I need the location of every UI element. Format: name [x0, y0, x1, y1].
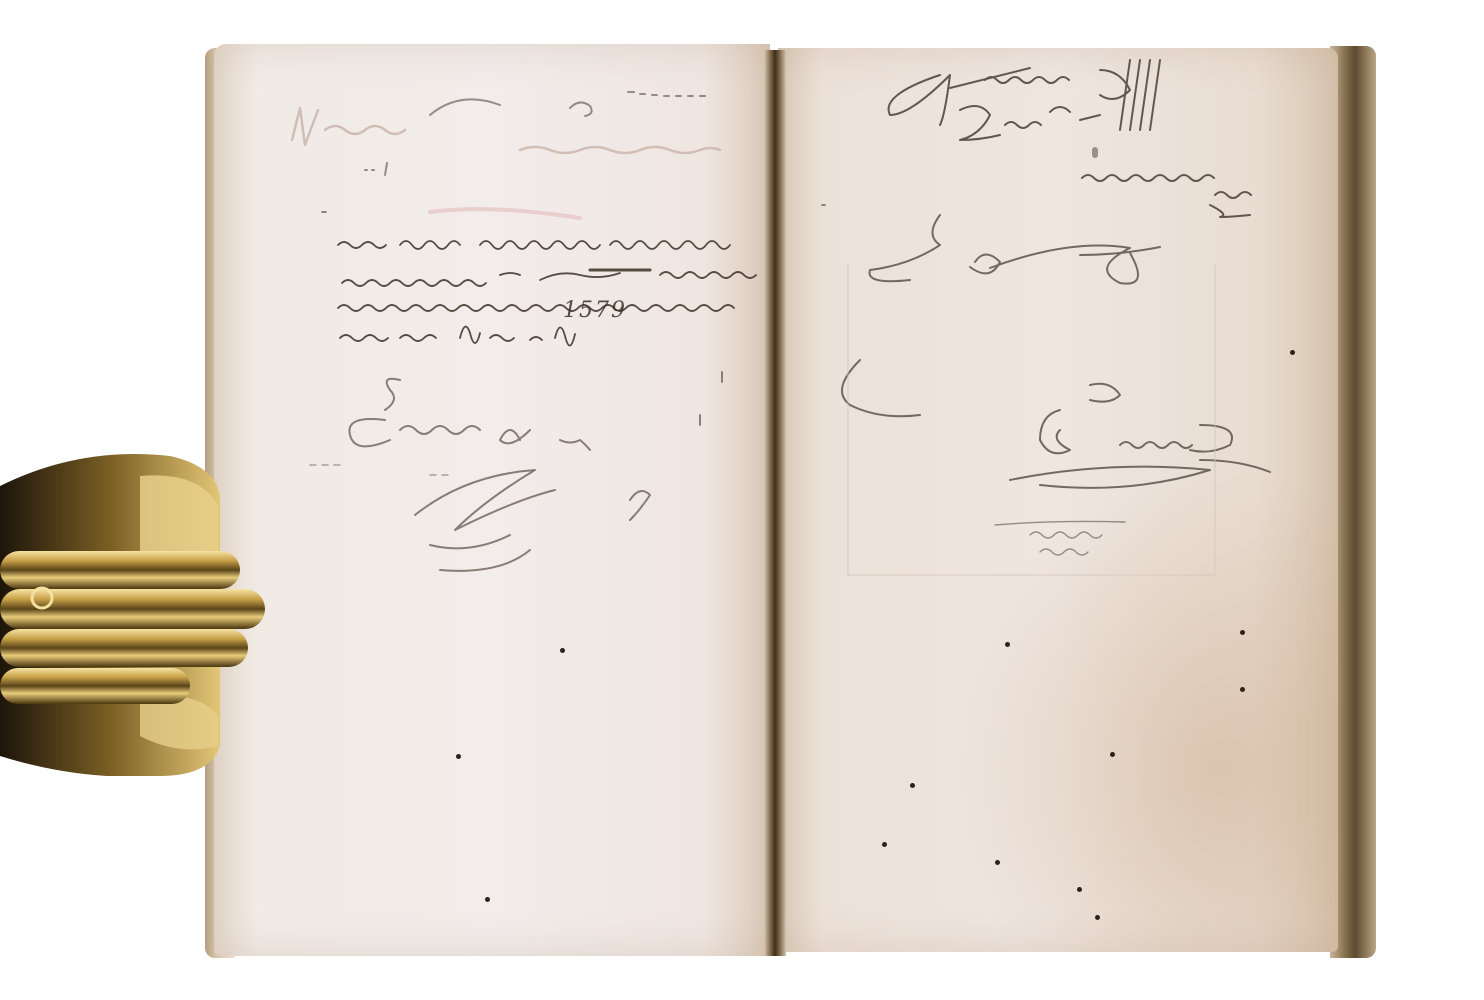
worm-hole	[1095, 915, 1100, 920]
worm-hole	[910, 783, 915, 788]
worm-hole	[1110, 752, 1115, 757]
manuscript-date: 1579	[563, 298, 627, 323]
worm-hole	[560, 648, 565, 653]
worm-hole	[485, 897, 490, 902]
worm-hole	[1290, 350, 1295, 355]
golden-hand-holder	[0, 446, 270, 776]
worm-hole	[1005, 642, 1010, 647]
worm-hole	[1240, 630, 1245, 635]
worm-hole	[995, 860, 1000, 865]
manuscript-photo: 1579	[0, 0, 1484, 1000]
worm-hole	[1077, 887, 1082, 892]
worm-hole	[1240, 687, 1245, 692]
worm-hole	[882, 842, 887, 847]
worm-hole	[456, 754, 461, 759]
